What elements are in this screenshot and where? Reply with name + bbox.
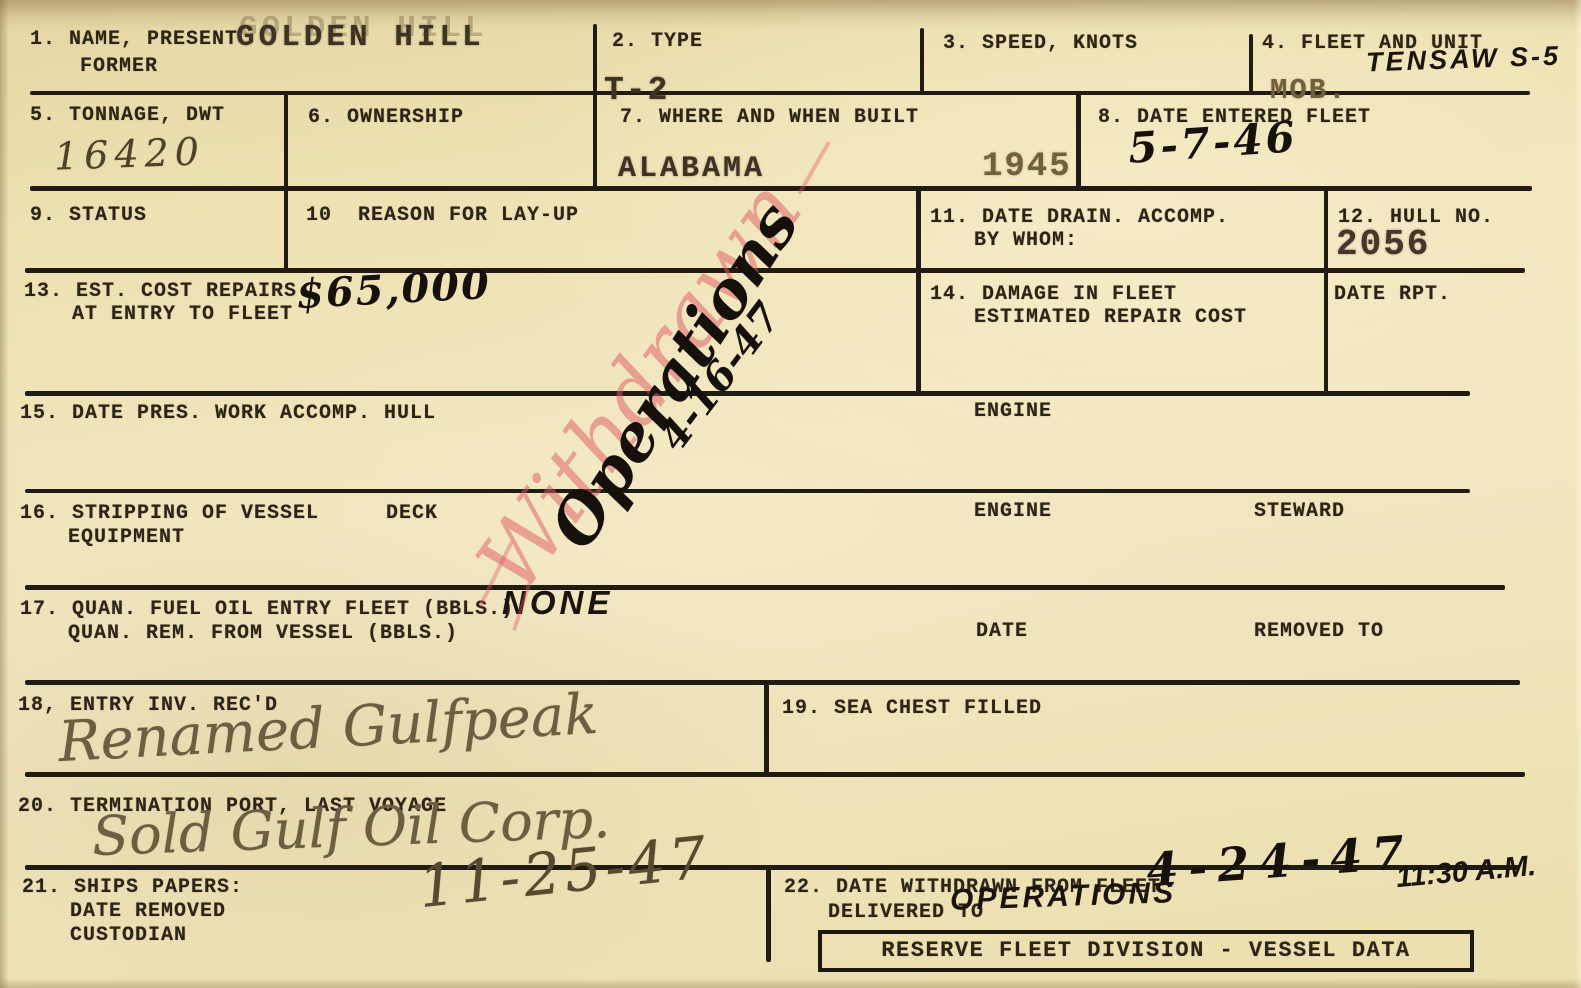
- date-withdrawn-handwriting: 4-24-47: [1144, 825, 1415, 898]
- field-1-label: 1. NAME, PRESENT: [30, 28, 238, 51]
- grid-line-v-type: [593, 24, 597, 92]
- field-7-label: 7. WHERE AND WHEN BUILT: [620, 106, 919, 129]
- field-16-deck-label: DECK: [386, 502, 438, 525]
- field-date-rpt-label: DATE RPT.: [1334, 283, 1451, 306]
- hull-number-stamp: 2056: [1336, 224, 1430, 265]
- field-6-label: 6. OWNERSHIP: [308, 106, 464, 129]
- est-cost-repairs-handwriting: $65,000: [295, 261, 492, 318]
- field-2-label: 2. TYPE: [612, 30, 703, 53]
- field-19-label: 19. SEA CHEST FILLED: [782, 697, 1042, 720]
- grid-line-v-5-6: [284, 93, 288, 188]
- field-13-sub-label: AT ENTRY TO FLEET: [72, 303, 293, 326]
- grid-line-v-18-19: [764, 682, 769, 774]
- field-5-label: 5. TONNAGE, DWT: [30, 104, 225, 127]
- grid-line-h6: [25, 585, 1505, 590]
- grid-line-h4: [25, 391, 1470, 396]
- field-9-label: 9. STATUS: [30, 204, 147, 227]
- grid-line-h7: [25, 680, 1520, 685]
- grid-line-v-10-11: [916, 188, 921, 393]
- grid-line-h8: [25, 772, 1525, 777]
- paper-edge-highlight-right: [1574, 0, 1581, 988]
- field-13-label: 13. EST. COST REPAIRS: [24, 280, 297, 303]
- ink-diagonal-script: Operations: [524, 171, 827, 581]
- field-16-label: 16. STRIPPING OF VESSEL: [20, 502, 319, 525]
- grid-line-v-9-10: [284, 188, 288, 270]
- field-17-label: 17. QUAN. FUEL OIL ENTRY FLEET (BBLS.): [20, 598, 514, 621]
- vessel-name-stamp: GOLDEN HILL: [236, 20, 485, 55]
- vessel-data-card: 1. NAME, PRESENT FORMER 2. TYPE 3. SPEED…: [0, 0, 1581, 988]
- field-16-engine-label: ENGINE: [974, 500, 1052, 523]
- field-21-date-removed-label: DATE REMOVED: [70, 900, 226, 923]
- paper-edge-shadow-bottom: [0, 978, 1581, 988]
- field-16-steward-label: STEWARD: [1254, 500, 1345, 523]
- mob-stamp: MOB.: [1270, 74, 1348, 107]
- field-14-label: 14. DAMAGE IN FLEET: [930, 283, 1177, 306]
- grid-line-v-6-7: [593, 93, 597, 188]
- paper-edge-shadow-left: [0, 0, 9, 988]
- grid-line-v-speed: [920, 28, 924, 92]
- field-11-bywhom-label: BY WHOM:: [974, 229, 1078, 252]
- grid-line-h3: [25, 268, 1525, 273]
- card-title: RESERVE FLEET DIVISION - VESSEL DATA: [822, 934, 1470, 968]
- where-built-stamp: ALABAMA: [618, 152, 765, 186]
- field-3-label: 3. SPEED, KNOTS: [943, 32, 1138, 55]
- when-built-stamp: 1945: [982, 148, 1072, 186]
- field-21-label: 21. SHIPS PAPERS:: [22, 876, 243, 899]
- card-title-box: RESERVE FLEET DIVISION - VESSEL DATA: [818, 930, 1474, 972]
- field-15-engine-label: ENGINE: [974, 400, 1052, 423]
- fleet-unit-handwriting: TENSAW S-5: [1366, 41, 1562, 79]
- type-stamp: T-2: [604, 72, 669, 109]
- field-21-custodian-label: CUSTODIAN: [70, 924, 187, 947]
- field-17-removed-to-label: REMOVED TO: [1254, 620, 1384, 643]
- delivered-to-handwriting: OPERATIONS: [949, 876, 1176, 918]
- field-11-label: 11. DATE DRAIN. ACCOMP.: [930, 206, 1229, 229]
- tonnage-handwriting: 16420: [53, 129, 205, 178]
- time-withdrawn-handwriting: 11:30 A.M.: [1395, 850, 1538, 895]
- grid-line-v-fleet: [1249, 34, 1253, 92]
- field-14-sub-label: ESTIMATED REPAIR COST: [974, 306, 1247, 329]
- grid-line-v-11-12: [1324, 188, 1328, 393]
- grid-line-v-7-8: [1076, 93, 1081, 188]
- field-15-hull-label: HULL: [384, 402, 436, 425]
- field-17-date-label: DATE: [976, 620, 1028, 643]
- ink-diagonal-date: 4-16-47: [605, 235, 835, 519]
- field-15-label: 15. DATE PRES. WORK ACCOMP.: [20, 402, 371, 425]
- grid-line-v-21-22: [766, 867, 771, 962]
- field-17-sub-label: QUAN. REM. FROM VESSEL (BBLS.): [68, 622, 458, 645]
- field-16-equipment-label: EQUIPMENT: [68, 526, 185, 549]
- grid-line-h2: [30, 186, 1532, 191]
- field-1-former-label: FORMER: [80, 55, 158, 78]
- field-10-label: 10 REASON FOR LAY-UP: [306, 204, 579, 227]
- grid-line-h5: [25, 489, 1470, 493]
- date-entered-fleet-handwriting: 5-7-46: [1126, 112, 1299, 173]
